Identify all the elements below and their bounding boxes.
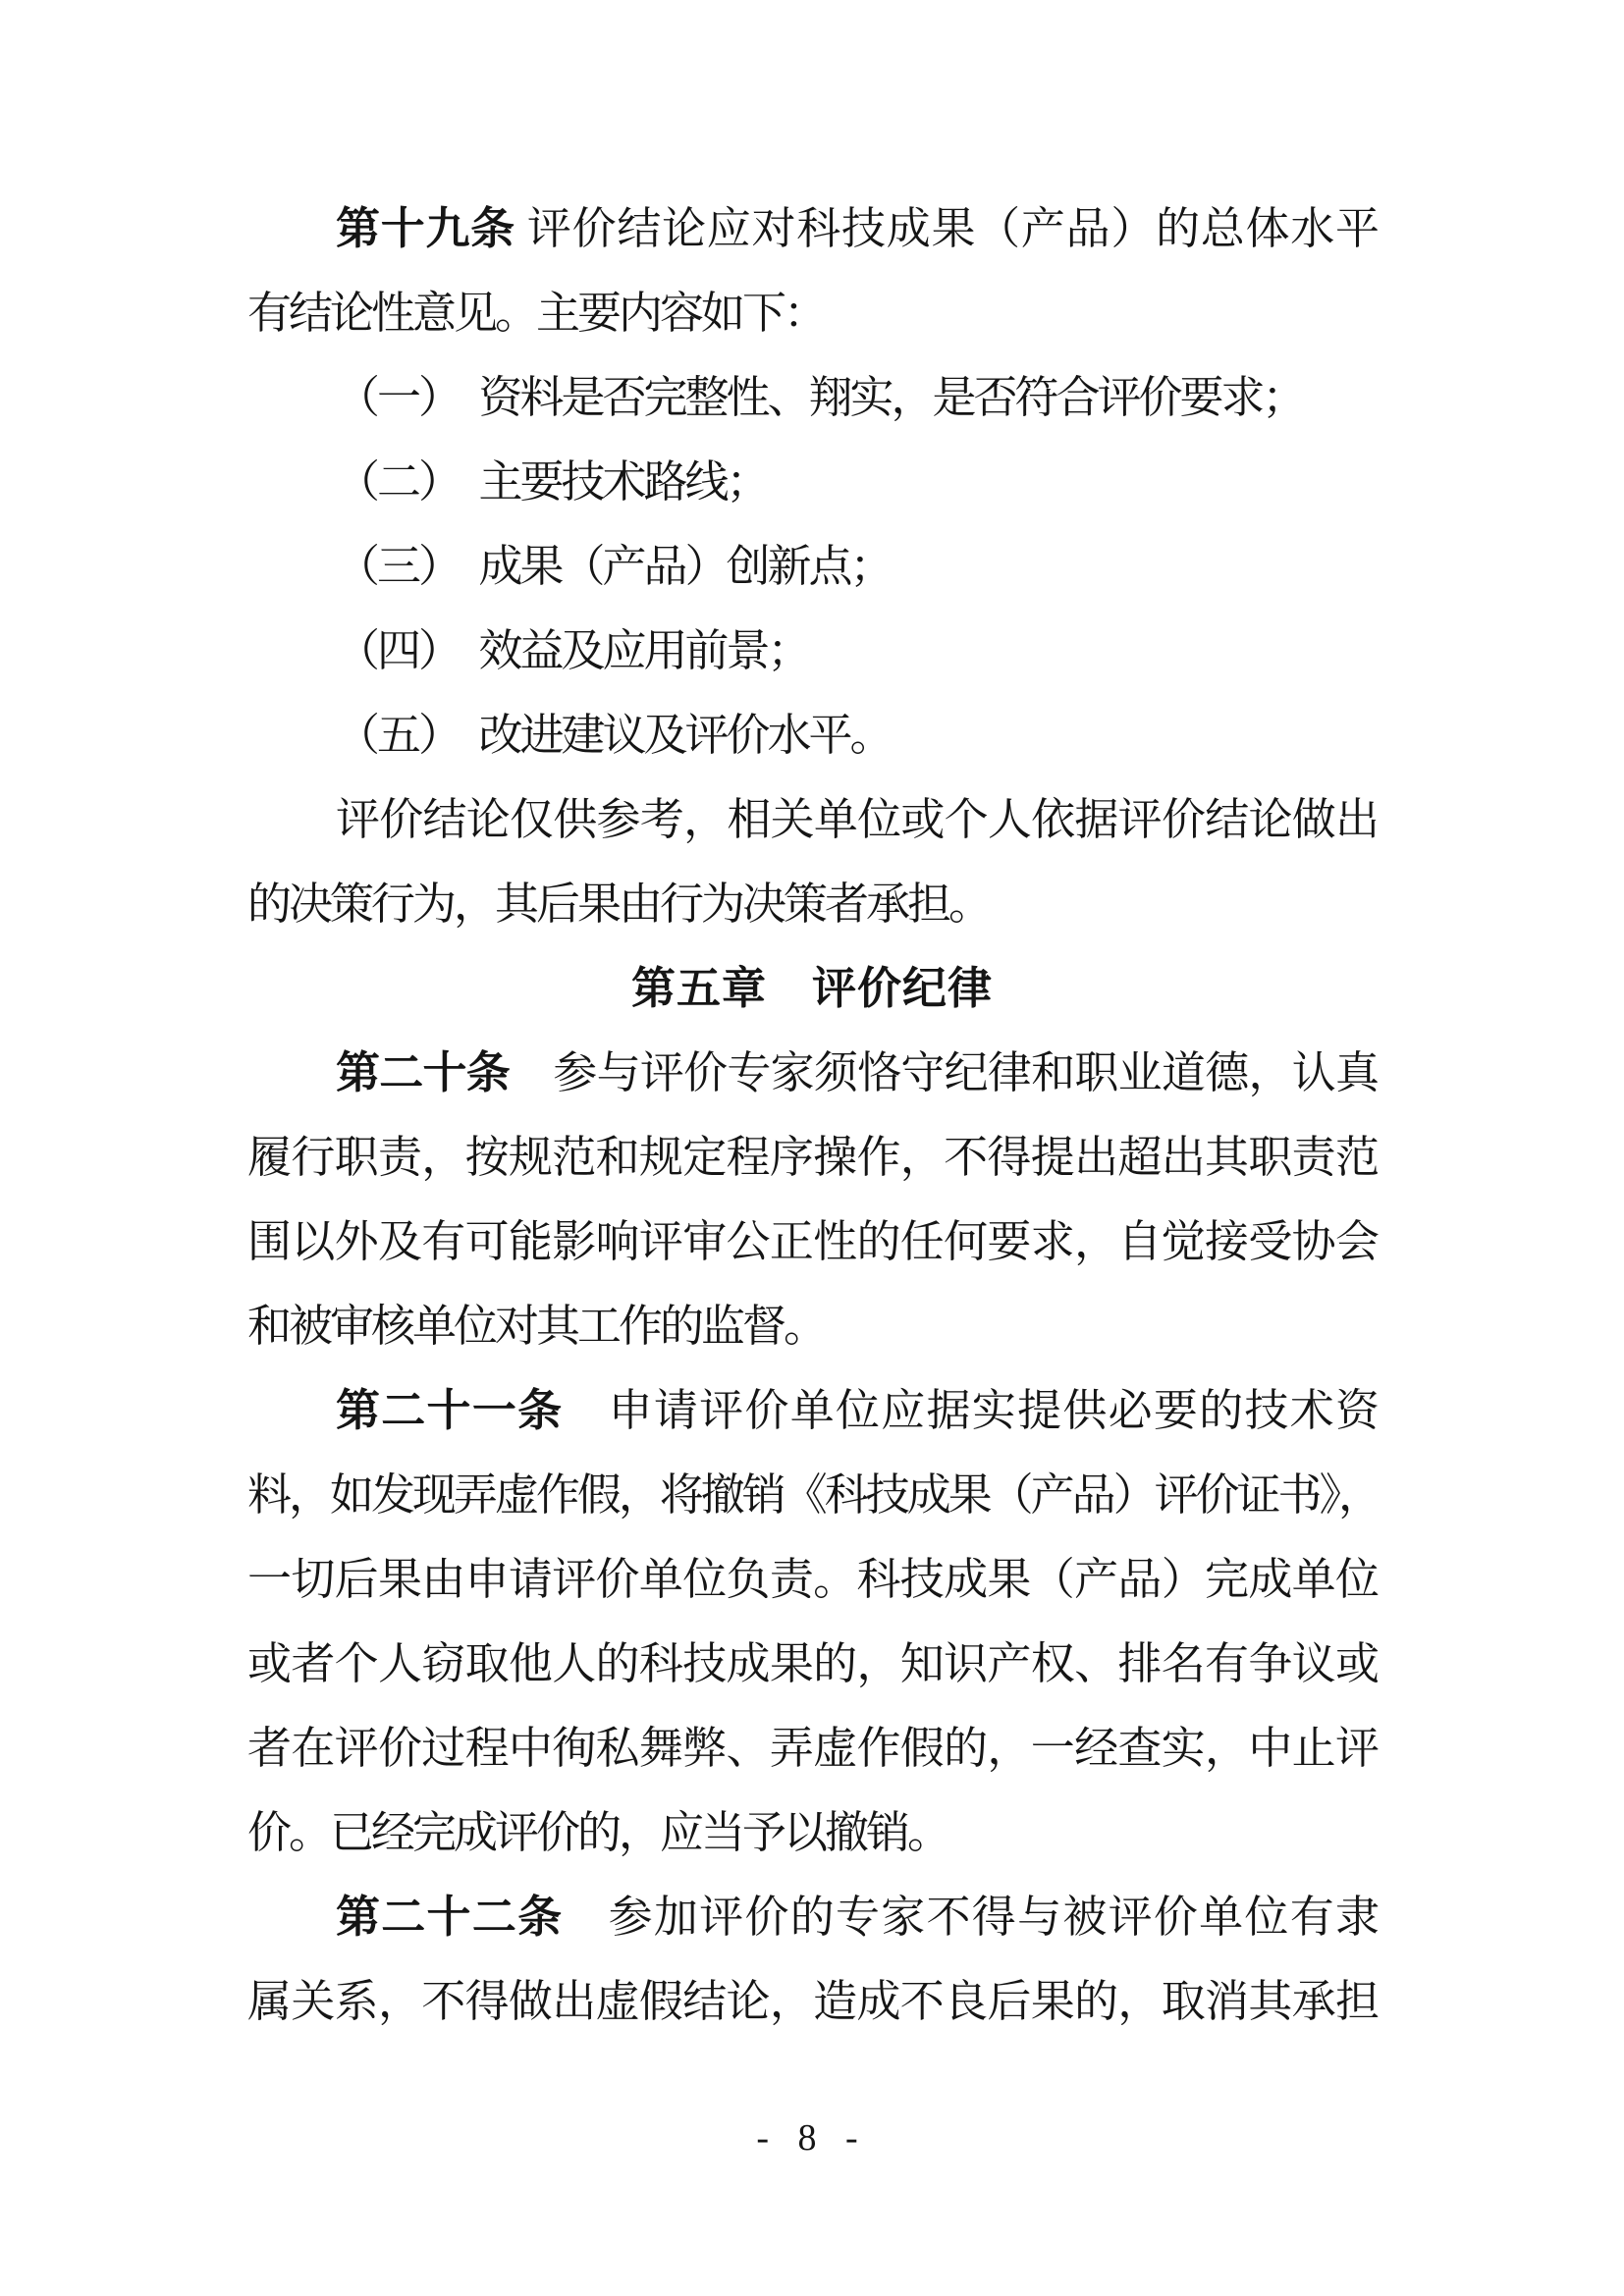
document-page: 第十九条 评价结论应对科技成果（产品）的总体水平 有结论性意见。主要内容如下： … — [0, 0, 1624, 2296]
list-item-text: （二） 主要技术路线； — [336, 457, 768, 507]
list-item-text: （一） 资料是否完整性、翔实，是否符合评价要求； — [336, 373, 1304, 422]
article-line: 第二十二条 参加评价的专家不得与被评价单位有隶 — [247, 1875, 1377, 1959]
body-line: 履行职责，按规范和规定程序操作，不得提出超出其职责范 — [247, 1115, 1377, 1200]
article-text: 参与评价专家须恪守纪律和职业道德，认真 — [510, 1048, 1377, 1097]
list-item-line: （四） 效益及应用前景； — [247, 609, 1377, 693]
article-line: 第二十一条 申请评价单位应据实提供必要的技术资 — [247, 1368, 1377, 1453]
article-text: 参加评价的专家不得与被评价单位有隶 — [563, 1893, 1377, 1942]
body-line: 属关系，不得做出虚假结论，造成不良后果的，取消其承担 — [247, 1959, 1377, 2044]
list-item-line: （三） 成果（产品）创新点； — [247, 524, 1377, 609]
body-text: 或者个人窃取他人的科技成果的，知识产权、排名有争议或 — [247, 1639, 1377, 1688]
list-item-text: （三） 成果（产品）创新点； — [336, 542, 892, 591]
document-text-block: 第十九条 评价结论应对科技成果（产品）的总体水平 有结论性意见。主要内容如下： … — [247, 187, 1377, 2044]
body-line: 有结论性意见。主要内容如下： — [247, 271, 1377, 355]
body-text: 料，如发现弄虚作假，将撤销《科技成果（产品）评价证书》， — [247, 1470, 1377, 1520]
list-item-text: （四） 效益及应用前景； — [336, 626, 809, 675]
body-line: 和被审核单位对其工作的监督。 — [247, 1284, 1377, 1368]
article-number: 第二十条 — [336, 1048, 510, 1097]
list-item-line: （一） 资料是否完整性、翔实，是否符合评价要求； — [247, 355, 1377, 440]
body-text: 围以外及有可能影响评审公正性的任何要求，自觉接受协会 — [247, 1217, 1377, 1266]
body-line: 评价结论仅供参考，相关单位或个人依据评价结论做出 — [247, 777, 1377, 862]
article-number: 第二十一条 — [336, 1386, 563, 1435]
body-line: 者在评价过程中徇私舞弊、弄虚作假的，一经查实，中止评 — [247, 1706, 1377, 1790]
list-item-line: （二） 主要技术路线； — [247, 440, 1377, 524]
chapter-heading: 第五章 评价纪律 — [247, 946, 1377, 1031]
body-text: 有结论性意见。主要内容如下： — [247, 289, 825, 338]
body-text: 属关系，不得做出虚假结论，造成不良后果的，取消其承担 — [247, 1977, 1377, 2026]
body-line: 或者个人窃取他人的科技成果的，知识产权、排名有争议或 — [247, 1622, 1377, 1706]
body-text: 的决策行为，其后果由行为决策者承担。 — [247, 880, 990, 929]
article-text: 申请评价单位应据实提供必要的技术资 — [563, 1386, 1377, 1435]
body-text: 和被审核单位对其工作的监督。 — [247, 1302, 825, 1351]
article-number: 第十九条 — [336, 204, 515, 253]
list-item-text: （五） 改进建议及评价水平。 — [336, 711, 892, 760]
body-line: 围以外及有可能影响评审公正性的任何要求，自觉接受协会 — [247, 1200, 1377, 1284]
body-line: 一切后果由申请评价单位负责。科技成果（产品）完成单位 — [247, 1537, 1377, 1622]
body-text: 评价结论仅供参考，相关单位或个人依据评价结论做出 — [336, 795, 1377, 844]
body-line: 料，如发现弄虚作假，将撤销《科技成果（产品）评价证书》， — [247, 1453, 1377, 1537]
body-text: 价。已经完成评价的，应当予以撤销。 — [247, 1808, 948, 1857]
article-text: 评价结论应对科技成果（产品）的总体水平 — [515, 204, 1377, 253]
body-text: 履行职责，按规范和规定程序操作，不得提出超出其职责范 — [247, 1133, 1377, 1182]
article-line: 第二十条 参与评价专家须恪守纪律和职业道德，认真 — [247, 1031, 1377, 1115]
body-text: 者在评价过程中徇私舞弊、弄虚作假的，一经查实，中止评 — [247, 1724, 1377, 1773]
article-line: 第十九条 评价结论应对科技成果（产品）的总体水平 — [247, 187, 1377, 271]
article-number: 第二十二条 — [336, 1893, 563, 1942]
body-line: 价。已经完成评价的，应当予以撤销。 — [247, 1790, 1377, 1875]
page-number: - 8 - — [0, 2109, 1624, 2167]
body-line: 的决策行为，其后果由行为决策者承担。 — [247, 862, 1377, 946]
body-text: 一切后果由申请评价单位负责。科技成果（产品）完成单位 — [247, 1555, 1377, 1604]
list-item-line: （五） 改进建议及评价水平。 — [247, 693, 1377, 777]
chapter-heading-text: 第五章 评价纪律 — [631, 964, 993, 1013]
